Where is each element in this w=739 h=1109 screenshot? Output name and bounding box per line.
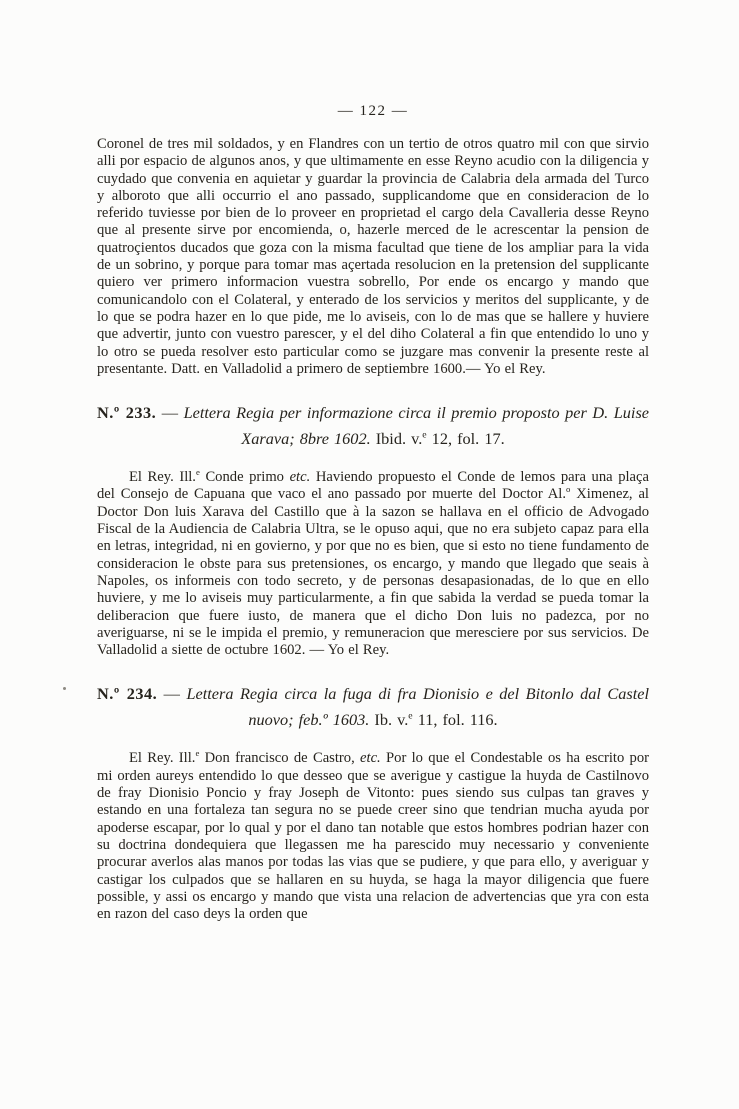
continuation-paragraph: Coronel de tres mil soldados, y en Fland… — [97, 136, 649, 378]
entry-233: N.º 233. — Lettera Regia per informazion… — [97, 400, 649, 659]
entry-234-heading: N.º 234. — Lettera Regia circa la fuga d… — [97, 681, 649, 732]
text-segment-normal: El Rey. Ill. — [129, 469, 196, 485]
text-segment-normal: Don francisco de Castro, — [199, 750, 360, 766]
text-segment-normal: Ib. v. — [369, 710, 408, 729]
text-segment-normal: 12, fol. 17. — [427, 429, 505, 448]
text-segment-normal: Ximenez, al Doctor Don luis Xarava del C… — [97, 486, 649, 658]
text-segment-normal: El Rey. Ill. — [129, 750, 195, 766]
entry-234: N.º 234. — Lettera Regia circa la fuga d… — [97, 681, 649, 923]
entry-233-body: El Rey. Ill.e Conde primo etc. Haviendo … — [97, 469, 649, 659]
text-segment-normal: 11, fol. 116. — [413, 710, 498, 729]
page-number: — 122 — — [97, 103, 649, 120]
text-segment-bold: N.º 233. — [97, 403, 156, 422]
scanned-book-page: — 122 — Coronel de tres mil soldados, y … — [0, 0, 739, 1109]
scan-speck — [63, 687, 66, 690]
entry-234-body: El Rey. Ill.e Don francisco de Castro, e… — [97, 750, 649, 923]
text-segment-normal: Ibid. v. — [371, 429, 423, 448]
text-segment-normal: Conde primo — [200, 469, 290, 485]
text-segment-bold: N.º 234. — [97, 684, 157, 703]
text-segment-normal: — — [156, 403, 183, 422]
text-segment-normal: — — [157, 684, 186, 703]
entry-233-heading: N.º 233. — Lettera Regia per informazion… — [97, 400, 649, 451]
text-segment-italic: etc. — [360, 750, 381, 766]
text-segment-italic: etc. — [290, 469, 311, 485]
text-segment-normal: Por lo que el Condestable os ha escrito … — [97, 750, 649, 922]
